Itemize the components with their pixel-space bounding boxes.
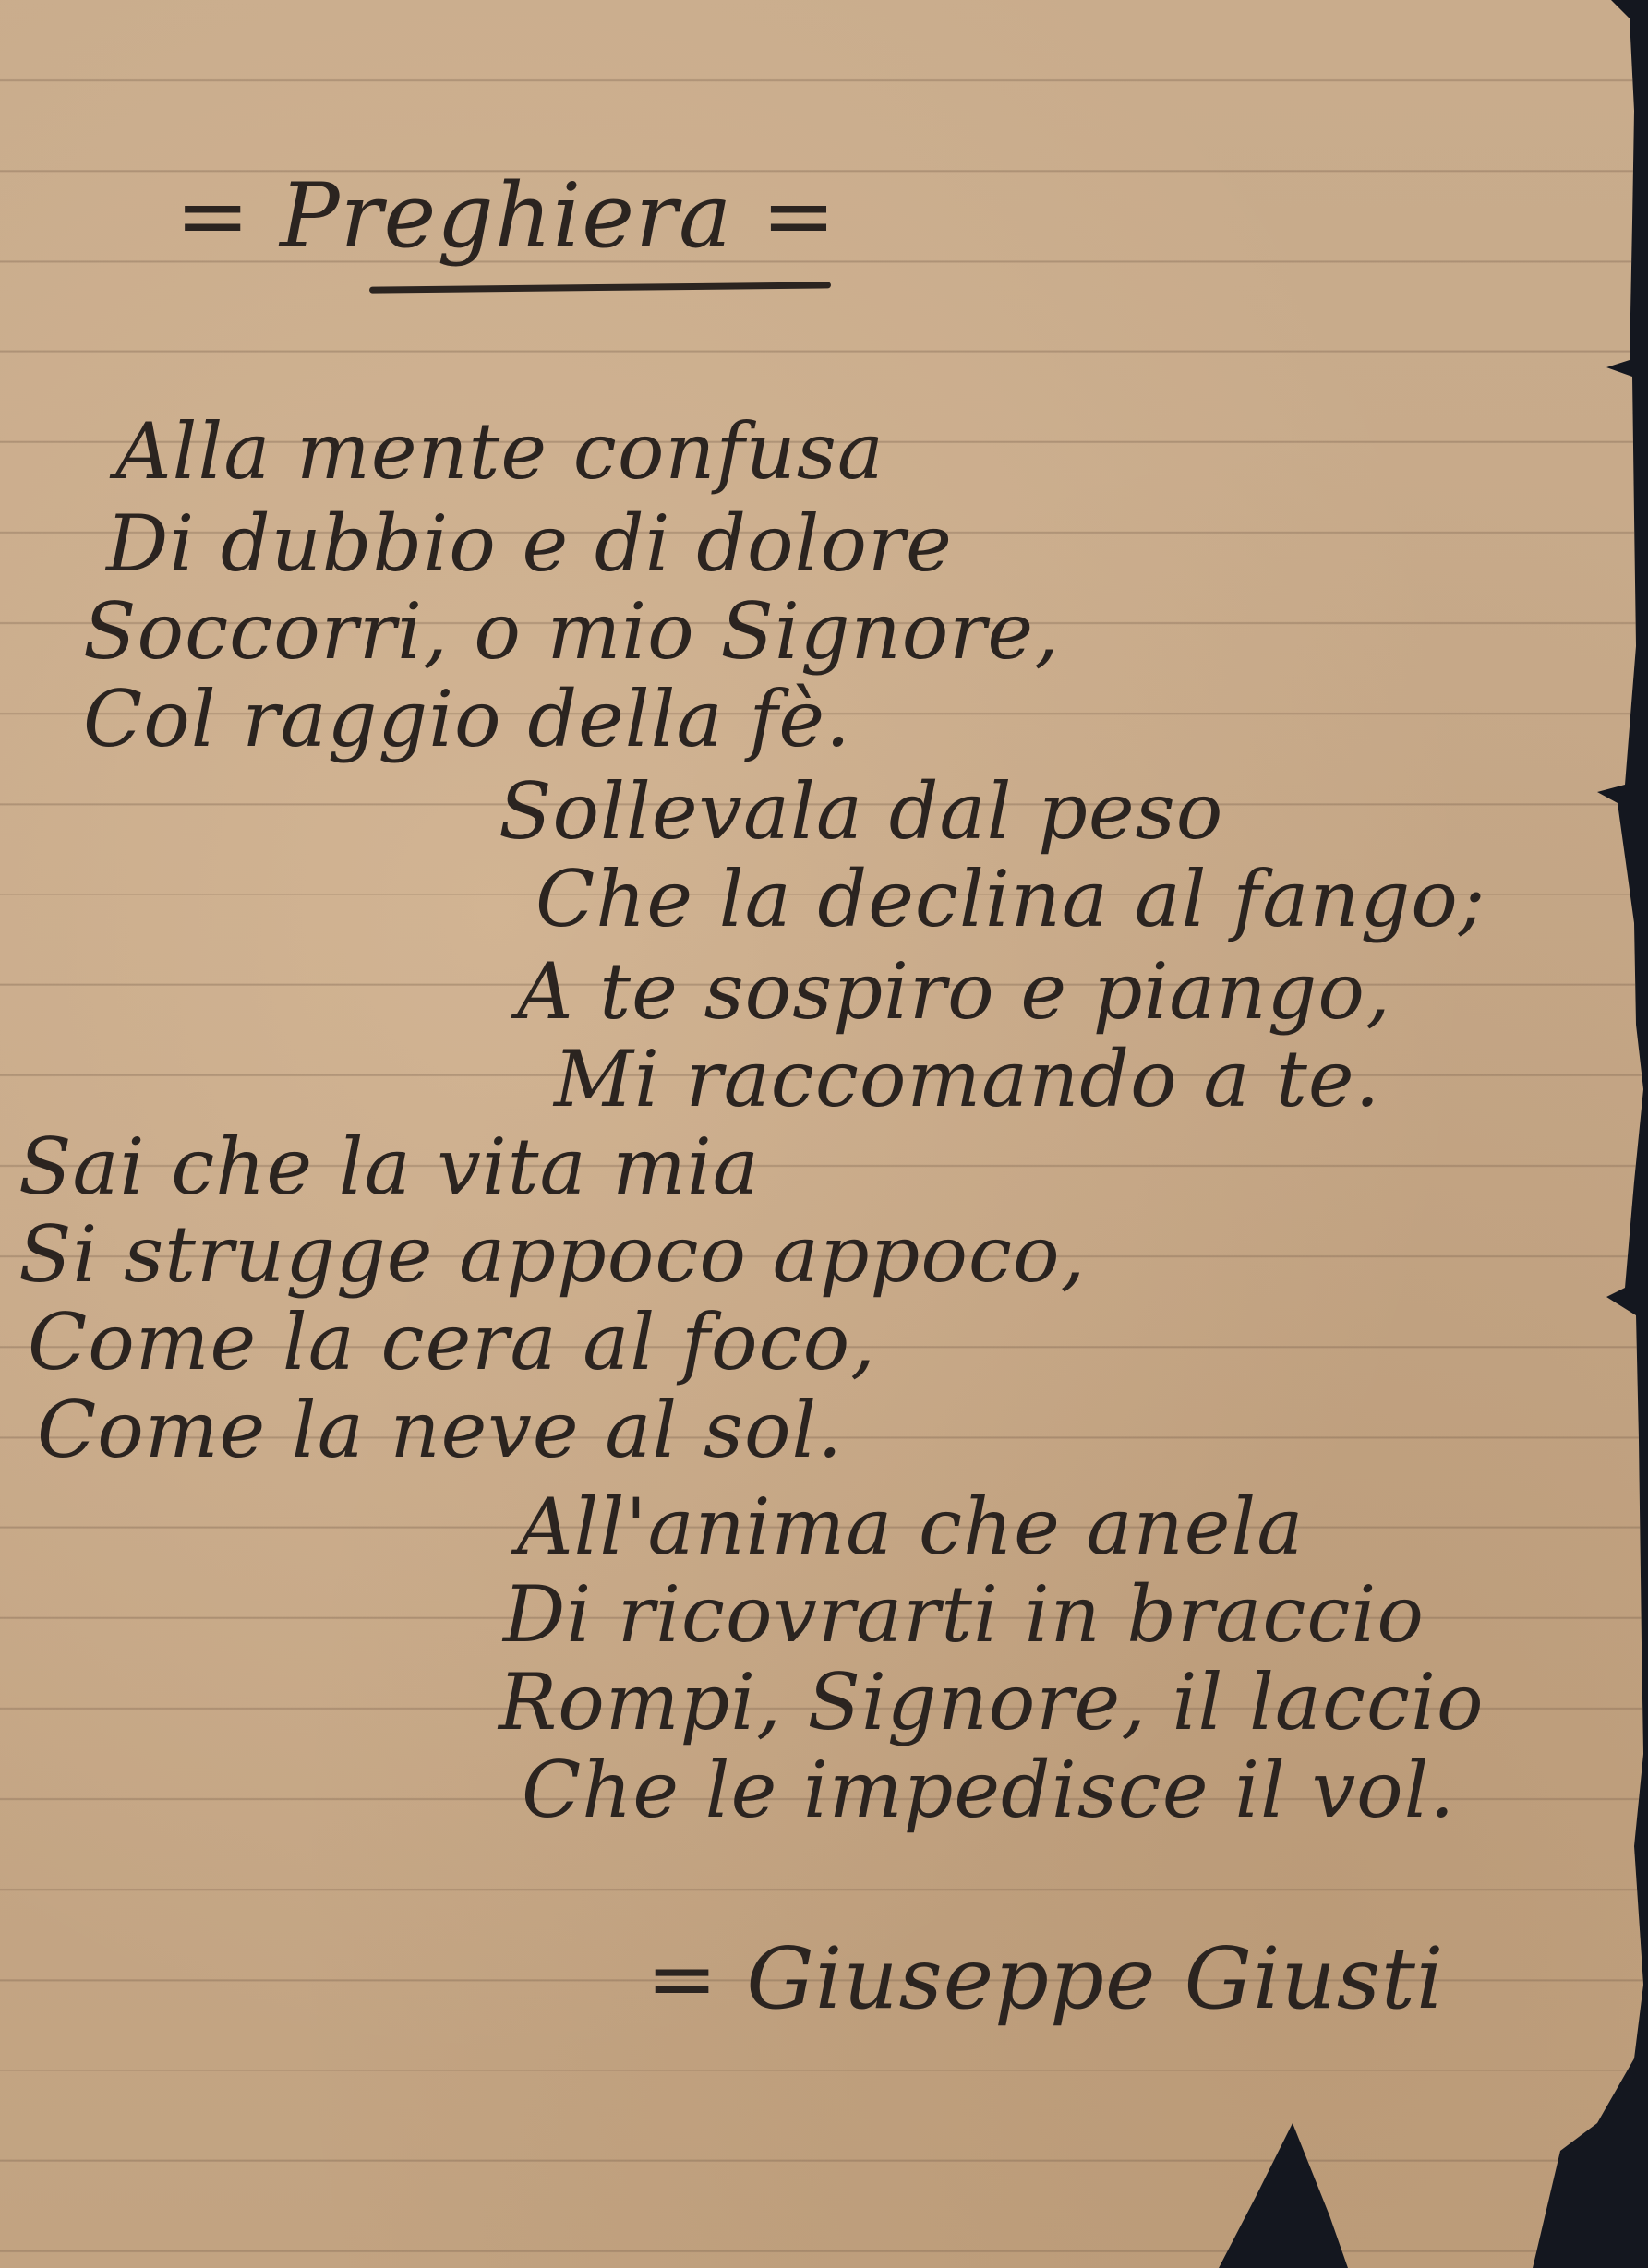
verse-line: Come la cera al foco, bbox=[28, 1297, 876, 1387]
verse-line: Soccorri, o mio Signore, bbox=[83, 586, 1060, 677]
verse-line: Rompi, Signore, il laccio bbox=[499, 1657, 1485, 1747]
verse-line: Mi raccomando a te. bbox=[554, 1034, 1380, 1124]
verse-line: Sollevala dal peso bbox=[499, 766, 1223, 857]
manuscript-page: = Preghiera = Alla mente confusa Di dubb… bbox=[0, 0, 1648, 2268]
poem-title: = Preghiera = bbox=[175, 164, 836, 268]
verse-line: Alla mente confusa bbox=[115, 406, 884, 497]
author-signature: = Giuseppe Giusti bbox=[646, 1929, 1444, 2028]
verse-line: Che le impedisce il vol. bbox=[522, 1745, 1455, 1835]
verse-line: Di ricovrarti in braccio bbox=[503, 1569, 1425, 1660]
verse-line: Si strugge appoco appoco, bbox=[18, 1209, 1086, 1300]
verse-line: Di dubbio e di dolore bbox=[106, 498, 953, 589]
verse-line: A te sospiro e piango, bbox=[517, 946, 1391, 1037]
verse-line: Come la neve al sol. bbox=[37, 1385, 843, 1475]
verse-line: Sai che la vita mia bbox=[18, 1122, 760, 1212]
verse-line: All'anima che anela bbox=[517, 1482, 1304, 1572]
verse-line: Col raggio della fè. bbox=[83, 674, 851, 764]
verse-line: Che la declina al fango; bbox=[535, 854, 1486, 944]
